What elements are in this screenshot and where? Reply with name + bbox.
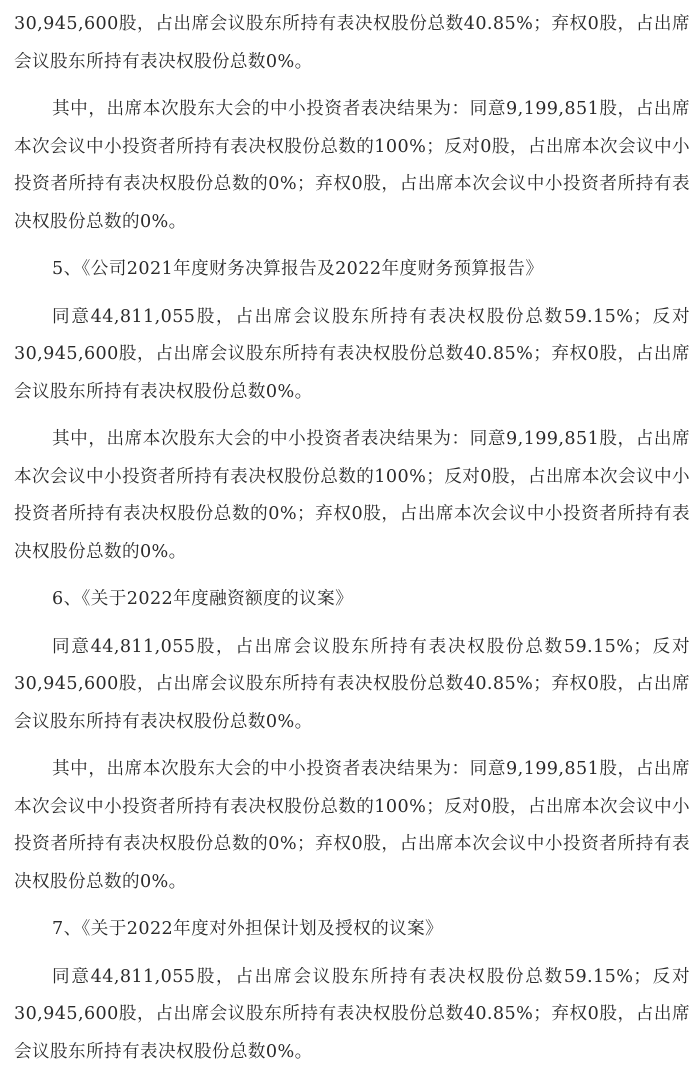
resolution-heading-5: 5、《公司2021年度财务决算报告及2022年度财务预算报告》	[14, 251, 690, 289]
paragraph-minority-results: 其中，出席本次股东大会的中小投资者表决结果为：同意9,199,851股，占出席本…	[14, 751, 690, 901]
resolution-heading-6: 6、《关于2022年度融资额度的议案》	[14, 581, 690, 619]
document-page: 30,945,600股，占出席会议股东所持有表决权股份总数40.85%；弃权0股…	[14, 6, 690, 1081]
paragraph-continuation: 30,945,600股，占出席会议股东所持有表决权股份总数40.85%；弃权0股…	[14, 6, 690, 81]
paragraph-minority-results: 其中，出席本次股东大会的中小投资者表决结果为：同意9,199,851股，占出席本…	[14, 421, 690, 571]
resolution-heading-7: 7、《关于2022年度对外担保计划及授权的议案》	[14, 911, 690, 949]
paragraph-minority-results: 其中，出席本次股东大会的中小投资者表决结果为：同意9,199,851股，占出席本…	[14, 91, 690, 241]
paragraph-vote-results: 同意44,811,055股，占出席会议股东所持有表决权股份总数59.15%；反对…	[14, 299, 690, 412]
paragraph-vote-results: 同意44,811,055股，占出席会议股东所持有表决权股份总数59.15%；反对…	[14, 629, 690, 742]
paragraph-vote-results: 同意44,811,055股，占出席会议股东所持有表决权股份总数59.15%；反对…	[14, 959, 690, 1072]
